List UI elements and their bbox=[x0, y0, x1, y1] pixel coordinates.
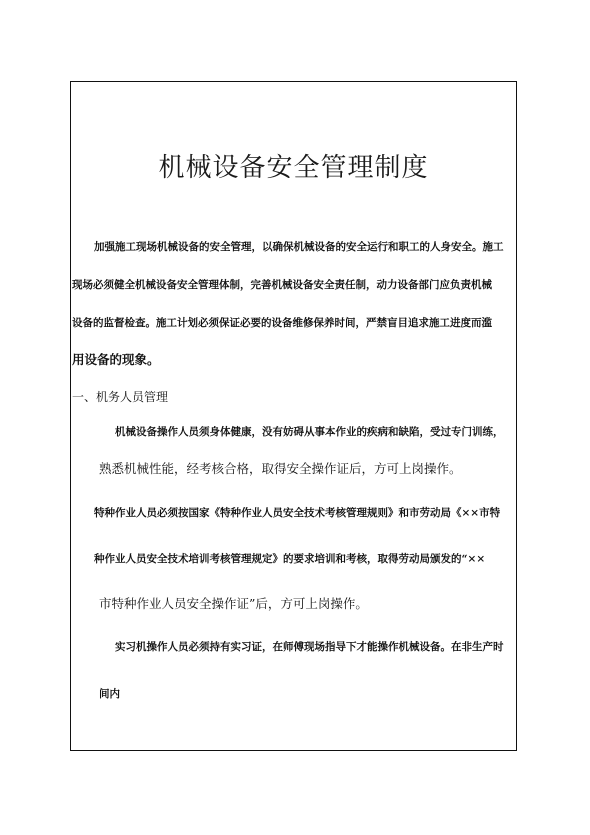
para1-line-2: 熟悉机械性能，经考核合格，取得安全操作证后，方可上岗操作。 bbox=[99, 462, 462, 476]
section-heading-personnel: 一、机务人员管理 bbox=[72, 388, 168, 405]
intro-line-1: 加强施工现场机械设备的安全管理，以确保机械设备的安全运行和职工的人身安全。施工 bbox=[94, 240, 504, 254]
para2-line-2: 种作业人员安全技术培训考核管理规定》的要求培训和考核，取得劳动局颁发的“×× bbox=[94, 552, 485, 566]
para2-line-3: 市特种作业人员安全操作证”后，方可上岗操作。 bbox=[99, 597, 368, 611]
document-title: 机械设备安全管理制度 bbox=[70, 147, 517, 184]
intro-line-4: 用设备的现象。 bbox=[72, 353, 160, 367]
para3-line-1: 实习机操作人员必须持有实习证，在师傅现场指导下才能操作机械设备。在非生产时 bbox=[115, 640, 504, 654]
intro-line-2: 现场必须健全机械设备安全管理体制，完善机械设备安全责任制，动力设备部门应负责机械 bbox=[72, 278, 492, 292]
para1-line-1: 机械设备操作人员须身体健康，没有妨碍从事本作业的疾病和缺陷，受过专门训练， bbox=[115, 425, 504, 439]
para3-line-2: 间内 bbox=[99, 687, 120, 701]
intro-line-3: 设备的监督检查。施工计划必须保证必要的设备维修保养时间，严禁盲目追求施工进度而滥 bbox=[72, 316, 492, 330]
para2-line-1: 特种作业人员必须按国家《特种作业人员安全技术考核管理规则》和市劳动局《××市特 bbox=[94, 506, 500, 520]
